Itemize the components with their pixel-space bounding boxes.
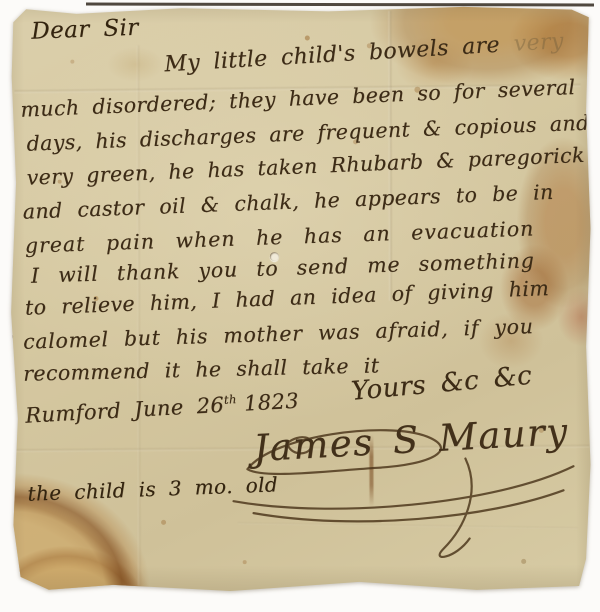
body-line-opening: My little child's bowels arevery (164, 29, 565, 77)
letter-paper: Dear Sir My little child's bowels arever… (6, 4, 594, 596)
date-place-day: Rumford June 26 (25, 393, 225, 428)
body-line: recommend it he shall take it (23, 353, 380, 385)
opening-text: My little child's bowels are (164, 33, 501, 78)
scanned-letter-background: Dear Sir My little child's bowels arever… (0, 0, 600, 612)
salutation: Dear Sir (31, 15, 139, 45)
date-line: Rumford June 26th1823 (25, 389, 300, 428)
foxing-speckles (6, 6, 8, 8)
wrinkle-line (238, 522, 578, 529)
signature: James S Maury (252, 410, 569, 470)
faint-word: very (513, 29, 564, 57)
paper-wrapper: Dear Sir My little child's bowels arever… (0, 0, 600, 612)
date-year: 1823 (243, 389, 299, 416)
date-ordinal: th (223, 392, 237, 407)
postscript-line: the child is 3 mo. old (27, 472, 278, 505)
body-line: calomel but his mother was afraid, if yo… (23, 314, 534, 354)
